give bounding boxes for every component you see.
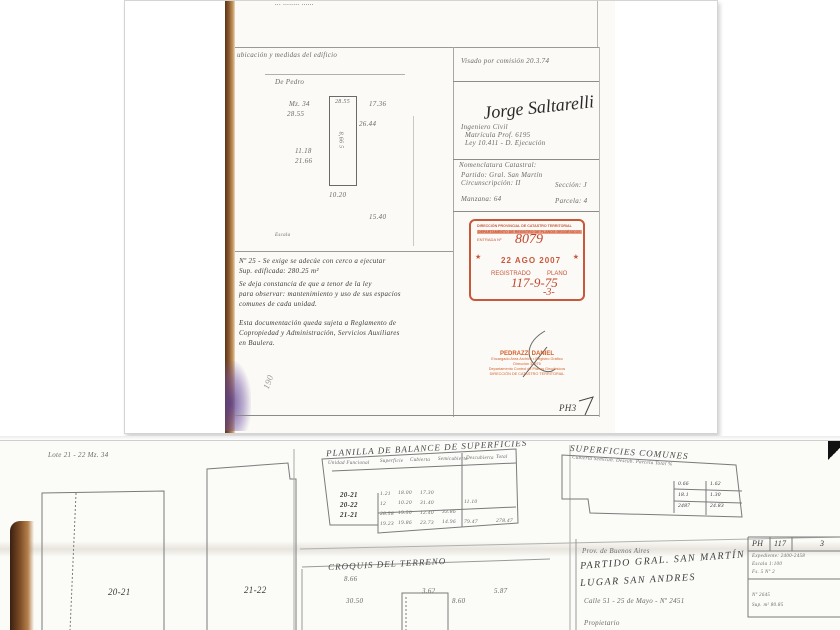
site-section-label: ubicación y medidas del edificio [237,51,337,59]
note-line: Se deja constancia de que a tenor de la … [239,280,372,288]
balance-cell: 19.50 [398,510,412,516]
street-label: De Pedro [275,78,304,86]
balance-cell: 31.40 [420,500,434,506]
plan-id-footer: Nº 2645 [752,593,770,598]
terrain-measure: 8.66 [344,575,357,583]
cadastral-partido: Partido: Gral. San Martín [461,171,542,179]
cadastral-parcela: Parcela: 4 [555,197,587,205]
balance-cell: 28.58 [380,511,394,517]
note-line: Copropiedad y Administración, Servicios … [239,329,400,337]
column-divider [453,47,454,417]
measure: 28.55 [335,99,350,105]
divider [453,159,599,160]
note-line: comunes de cada unidad. [239,300,317,308]
common-surface-value: 1.30 [710,492,721,498]
professional-line: Ley 10.411 - D. Ejecución [465,139,545,147]
lot-note: Lote 21 - 22 Mz. 34 [48,451,109,459]
measure: 28.55 [287,110,304,118]
stamp-plan-sub: -3- [543,287,555,298]
signatory-stamp: PEDRAZZI DANIEL Encargado Area Archivo •… [457,351,597,377]
dimension-right: 15.40 [369,213,386,221]
ink-stain [225,361,251,431]
cadastral-seccion: Sección: J [555,181,587,189]
stamp-date: 22 AGO 2007 [501,256,561,265]
plan-id-num1: 117 [774,539,786,548]
bottom-border [235,415,599,416]
cadastral-circunscripcion: Circunscripción: II [461,179,521,187]
street-line [265,74,405,75]
measure: 26.44 [359,120,376,128]
professional-signature: Jorge Saltarelli [482,91,595,124]
page-mark-stroke [577,395,597,417]
signatory-line: DIRECCIÓN DE CATASTRO TERRITORIAL [457,372,597,377]
measure: 21.66 [295,157,312,165]
professional-line: Ingeniero Civil [461,123,508,131]
note-line: Sup. edificada: 280.25 m² [239,267,319,275]
measure: 11.18 [295,147,312,155]
approval-header: Visado por comisión 20.3.74 [461,57,549,65]
balance-cell: 19.23 [380,521,394,527]
balance-header: Semicubierta [438,457,468,462]
cadastral-title: Nomenclatura Catastral: [459,161,536,169]
scale-note: Escala [275,233,290,238]
plan-id-line: Expediente: 2400-2458 [752,554,805,559]
column-divider [599,47,600,417]
terrain-measure: 8.60 [452,597,465,605]
balance-header: Total [496,455,508,460]
professional-line: Matrícula Prof. 6195 [465,131,530,139]
building-footprint: 28.55 8,66 5 [329,96,357,186]
balance-header: Unidad Funcional [328,461,370,466]
plan-id-line: Fs. 5 Nº 2 [752,570,775,575]
terrain-measure: 30.50 [346,597,363,605]
common-surface-value: 2487 [678,503,690,509]
boundary-line [413,116,414,246]
header-note: ... ........ ...... [275,1,314,7]
balance-cell: 278.47 [496,518,513,524]
balance-cell: 1.21 [380,491,391,497]
plan-id-num2: 3 [820,539,824,548]
stamp-line1: DIRECCIÓN PROVINCIAL DE CATASTRO TERRITO… [477,224,572,228]
location-detail: Calle 51 - 25 de Mayo - Nº 2451 [584,597,685,605]
balance-cell: 12.40 [420,510,434,516]
measure: 17.36 [369,100,386,108]
document-image-top: ... ........ ...... ubicación y medidas … [124,0,718,434]
balance-cell: 23.73 [420,520,434,526]
location-owner: Propietario [584,619,620,627]
terrain-measure: 3.62 [422,587,435,595]
note-line: en Baulera. [239,339,275,347]
page-mark: PH3 [559,403,576,413]
margin-note: 190 [261,374,275,391]
balance-cell: 18.00 [398,490,412,496]
common-surface-value: 1.62 [710,481,721,487]
plan-sheet: ... ........ ...... ubicación y medidas … [225,1,615,433]
divider [235,47,599,48]
balance-cell: 33.86 [442,509,456,515]
balance-row-uf: 21-21 [340,511,358,519]
divider [453,81,599,82]
plan-linework [0,441,840,630]
star-icon: ★ [573,253,579,261]
stamp-entry-label: ENTRADA Nº [477,237,501,242]
note-line: para observar: mantenimiento y uso de su… [239,290,401,298]
balance-cell: 12 [380,501,386,507]
balance-cell: 19.86 [398,520,412,526]
note-line: Esta documentación queda sujeta a Reglam… [239,319,396,327]
balance-cell: 14.96 [442,519,456,525]
divider [235,251,453,252]
balance-cell: 79.47 [464,519,478,525]
divider [597,1,598,47]
balance-cell: 11.10 [464,499,477,505]
plan-id-line: Escala 1:100 [752,562,782,567]
common-surface-value: 24.83 [710,503,724,509]
balance-row-uf: 20-22 [340,501,358,509]
plan-id-footer: Sup. m² 80.85 [752,603,784,608]
star-icon: ★ [475,253,481,261]
balance-cell: 17.30 [420,490,434,496]
cadastral-manzana: Manzana: 64 [461,195,501,203]
location-province: Prov. de Buenos Aires [582,547,650,555]
balance-row-uf: 20-21 [340,491,358,499]
document-image-bottom: Lote 21 - 22 Mz. 34 20-21 21-22 PLANILLA… [0,440,840,630]
lot-label: 20-21 [108,587,131,597]
balance-header: Superficie [380,459,403,464]
common-surface-value: 18.1 [678,492,689,498]
stamp-entry-number: 8079 [515,232,543,248]
balance-cell: 10.20 [398,500,412,506]
lot-label: 21-22 [244,585,267,595]
common-surface-value: 0.66 [678,481,689,487]
dimension-bottom: 10.20 [329,191,346,199]
measure: Mz. 34 [289,100,310,108]
balance-header: Descubierta [466,456,494,461]
note-line: Nº 25 - Se exige se adecúe con cerco a e… [239,257,386,265]
plan-id-ph: PH [752,539,763,548]
balance-header: Cubierta [410,458,430,463]
lot-dimension: 8,66 5 [337,132,343,149]
divider [453,211,599,212]
terrain-measure: 5.87 [494,587,507,595]
registration-stamp: DIRECCIÓN PROVINCIAL DE CATASTRO TERRITO… [469,219,585,301]
